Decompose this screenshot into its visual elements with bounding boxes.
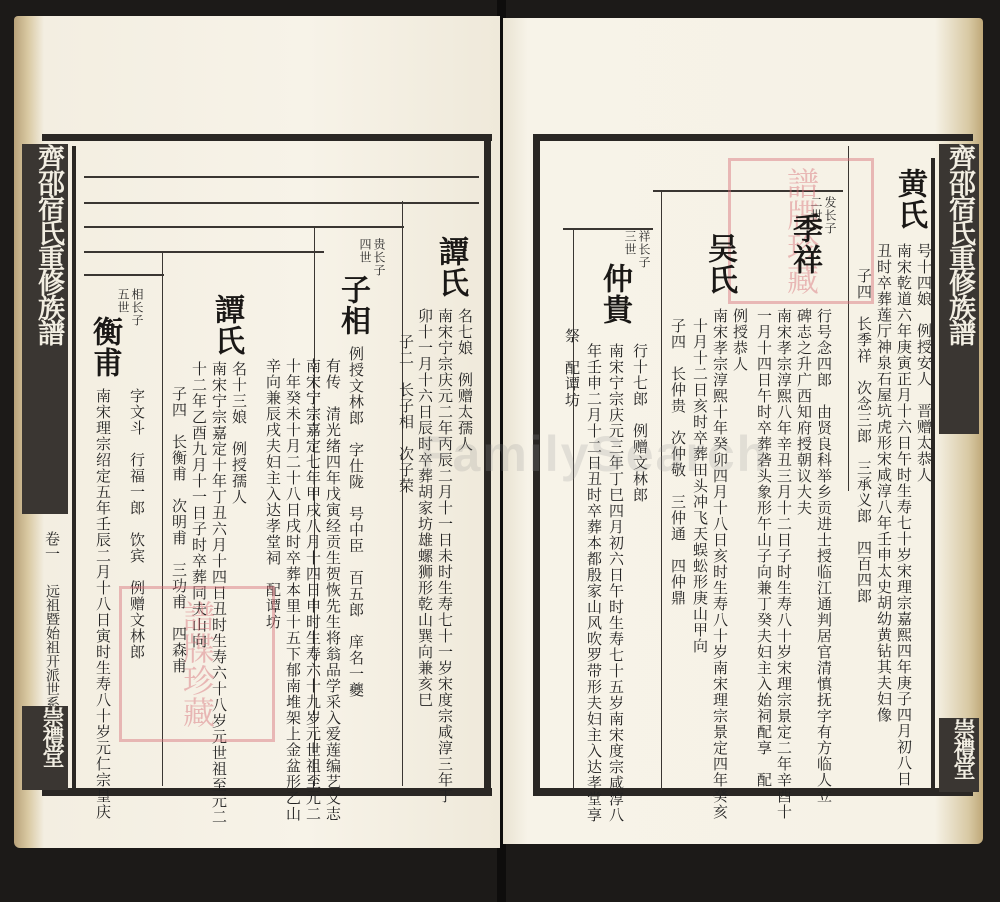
entry-line: 碑志之升广西知府授朝议大夫 xyxy=(795,308,812,516)
frame-inner-left-rule xyxy=(72,146,76,791)
entry-heading: 相长子 xyxy=(130,288,144,327)
column-divider xyxy=(661,190,662,790)
generation-rule xyxy=(84,251,324,253)
volume-label: 卷一 xyxy=(42,531,63,561)
entry-heading: 贵长子 xyxy=(372,238,386,277)
entry-line: 南宋宁宗嘉定七年甲戌八月十四日申时生寿六十九岁元世祖至元二 xyxy=(304,358,321,822)
frame-top-rule xyxy=(42,134,492,141)
entry-heading: 祥长子 xyxy=(637,230,651,269)
book-title-band: 齊邵宿氏重修族譜 xyxy=(939,144,979,434)
entry-line: 南宋宁宗庆元二年丙辰二月十一日未时生寿七十一岁宋度宗咸淳三年丁 xyxy=(436,308,453,804)
generation-rule xyxy=(84,226,404,228)
entry-line: 例授恭人 xyxy=(731,308,748,372)
entry-line: 南宋乾道六年庚寅正月十六日午时生寿七十岁宋理宗嘉熙四年庚子四月初八日 xyxy=(895,243,912,787)
frame-top-rule xyxy=(533,134,973,141)
entry-line: 子四 长季祥 次念三郎 三承义郎 四百四郎 xyxy=(855,268,872,604)
entry-name: 子相 xyxy=(336,274,368,336)
entry-line: 一月十四日午时卒葬砻头象形午山子向兼丁癸夫妇主入始祠配享 配 xyxy=(755,308,772,788)
entry-name: 譚氏 xyxy=(434,236,466,298)
entry-line: 年壬申二月十二日丑时卒葬本都殷家山风吹罗带形夫妇主入达孝堂享 xyxy=(585,343,602,823)
entry-line: 卯十一月十六日辰时卒葬胡家坊雄螺狮形乾山巽向兼亥巳 xyxy=(416,308,433,708)
hall-name-band: 崇禮堂 xyxy=(939,718,979,792)
generation-rule xyxy=(84,202,479,204)
entry-heading: 发长子 xyxy=(823,196,837,235)
entry-name: 吴氏 xyxy=(703,233,735,295)
entry-line: 行号念四郎 由贤良科举乡贡进士授临江通判居官清慎抚字有方临人立 xyxy=(815,308,832,804)
generation-label: 四世 xyxy=(358,238,372,264)
column-divider xyxy=(573,228,574,788)
entry-line: 丑时卒葬莲厅神泉石屋坑虎形宋咸淳八年壬申太史胡幼黄钻其夫妇像 xyxy=(875,243,892,723)
hall-name-band: 崇禮堂 xyxy=(22,706,68,790)
entry-line: 南宋理宗绍定五年壬辰二月十八日寅时生寿八十岁元仁宗皇庆 xyxy=(94,388,111,820)
entry-line: 例授文林郎 字仕陇 号中臣 百五郎 庠名一夔 xyxy=(347,346,364,698)
entry-name: 衡甫 xyxy=(88,316,120,378)
generation-rule xyxy=(84,176,479,178)
generation-rule xyxy=(84,274,164,276)
entry-name: 黄氏 xyxy=(893,168,925,230)
entry-line: 子二 长子相 次子荣 xyxy=(397,334,414,534)
entry-line: 南宋孝宗淳熙八年辛丑三月十二日子时生寿八十岁宋理宗景定二年辛酉十 xyxy=(775,308,792,820)
entry-line: 十年癸未十月二十八日戌时卒葬本里十五下郁南堆架上金盆形乙山 xyxy=(284,358,301,822)
entry-line: 有传 清光绪四年戊寅经贡生贺恢先生将翁品学采入爱莲编艺文志 xyxy=(324,358,341,822)
familysearch-watermark: FamilySearch xyxy=(420,425,769,483)
entry-line: 十月十二日亥时卒葬田头冲飞天蜈蚣形庚山甲向 xyxy=(691,318,708,654)
generation-label: 三世 xyxy=(623,230,637,256)
entry-line: 名十三娘 例授孺人 xyxy=(230,361,247,505)
entry-line: 南宋孝宗淳熙十年癸卯四月十八日亥时生寿八十岁南宋理宗景定四年癸亥 xyxy=(711,308,728,820)
section-label: 远祖暨始祖开派世系 xyxy=(42,584,62,710)
entry-line: 号十四娘 例授安人 晋赠太恭人 xyxy=(915,243,932,483)
entry-name: 季祥 xyxy=(788,213,820,275)
entry-name: 仲貴 xyxy=(598,263,630,325)
generation-label: 五世 xyxy=(116,288,130,314)
book-title-band: 齊邵宿氏重修族譜 xyxy=(22,144,68,514)
entry-name: 譚氏 xyxy=(210,294,242,356)
entry-line: 南宋宁宗庆元三年丁巳四月初六日午时生寿七十五岁南宋度宗咸淳八 xyxy=(607,343,624,823)
collector-seal: 譜牒珍藏 xyxy=(119,586,275,742)
